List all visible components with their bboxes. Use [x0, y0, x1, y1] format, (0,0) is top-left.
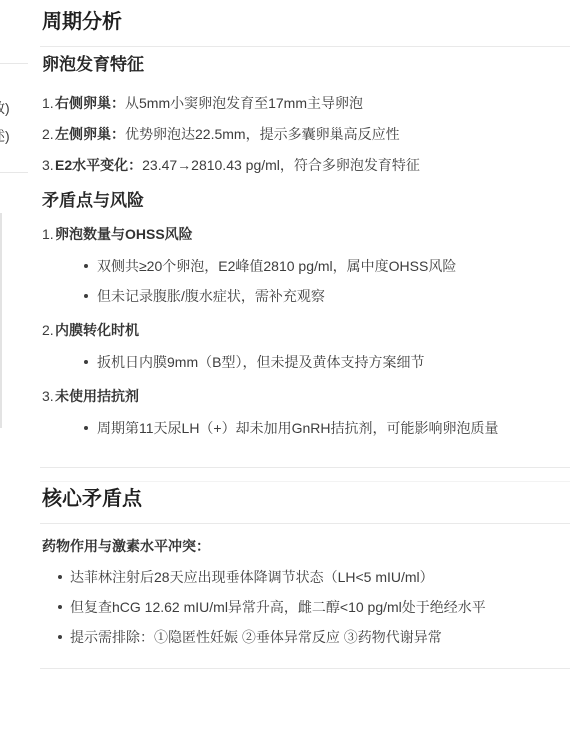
list-item: 1. 卵泡数量与OHSS风险 双侧共≥20个卵泡，E2峰值2810 pg/ml，… — [40, 219, 570, 314]
bullet-text: 但未记录腹胀/腹水症状，需补充观察 — [97, 281, 325, 311]
core-lead-text: 药物作用与激素水平冲突： — [40, 535, 570, 557]
core-section-title: 核心矛盾点 — [40, 486, 570, 524]
section-heading-follicle: 卵泡发育特征 — [40, 52, 570, 78]
section-divider-faint — [40, 481, 570, 482]
bottom-divider — [40, 668, 570, 669]
list-rest: 23.47→2810.43 pg/ml，符合多卵泡发育特征 — [142, 157, 420, 173]
list-bold: 内膜转化时机 — [55, 322, 139, 338]
list-item: 3. 未使用拮抗剂 周期第11天尿LH（+）却未加用GnRH拮抗剂，可能影响卵泡… — [40, 381, 570, 446]
list-text: 左侧卵巢：优势卵泡达22.5mm，提示多囊卵巢高反应性 — [55, 119, 400, 149]
left-text-fragment-2: 述) — [0, 128, 10, 144]
list-content: 内膜转化时机 扳机日内膜9mm（B型），但未提及黄体支持方案细节 — [55, 315, 570, 380]
section-heading-risk: 矛盾点与风险 — [40, 188, 570, 214]
sub-bullet-list: 扳机日内膜9mm（B型），但未提及黄体支持方案细节 — [55, 347, 570, 377]
list-number: 1. — [42, 219, 55, 314]
bullet-text: 但复查hCG 12.62 mIU/ml异常升高，雌二醇<10 pg/ml处于绝经… — [70, 592, 486, 622]
list-content: 未使用拮抗剂 周期第11天尿LH（+）却未加用GnRH拮抗剂，可能影响卵泡质量 — [55, 381, 570, 446]
core-bullet-list: 达菲林注射后28天应出现垂体降调节状态（LH<5 mIU/ml） 但复查hCG … — [40, 562, 570, 652]
bullet-dot-icon — [58, 605, 62, 609]
list-number: 2. — [42, 119, 55, 149]
bullet-item: 周期第11天尿LH（+）却未加用GnRH拮抗剂，可能影响卵泡质量 — [55, 413, 570, 443]
sub-bullet-list: 双侧共≥20个卵泡，E2峰值2810 pg/ml，属中度OHSS风险 但未记录腹… — [55, 251, 570, 311]
bullet-text: 达菲林注射后28天应出现垂体降调节状态（LH<5 mIU/ml） — [70, 562, 434, 592]
list-rest: 优势卵泡达22.5mm，提示多囊卵巢高反应性 — [125, 126, 400, 142]
bullet-item: 提示需排除：①隐匿性妊娠 ②垂体异常反应 ③药物代谢异常 — [40, 622, 570, 652]
list-bold: 卵泡数量与OHSS风险 — [55, 226, 193, 242]
list-title: 内膜转化时机 — [55, 315, 570, 345]
left-divider-top — [0, 63, 28, 64]
bullet-item: 但复查hCG 12.62 mIU/ml异常升高，雌二醇<10 pg/ml处于绝经… — [40, 592, 570, 622]
bullet-text: 周期第11天尿LH（+）却未加用GnRH拮抗剂，可能影响卵泡质量 — [97, 413, 499, 443]
bullet-dot-icon — [84, 294, 88, 298]
sub-bullet-list: 周期第11天尿LH（+）却未加用GnRH拮抗剂，可能影响卵泡质量 — [55, 413, 570, 443]
bullet-item: 达菲林注射后28天应出现垂体降调节状态（LH<5 mIU/ml） — [40, 562, 570, 592]
left-divider-bottom — [0, 172, 28, 173]
bullet-dot-icon — [58, 575, 62, 579]
bullet-text: 提示需排除：①隐匿性妊娠 ②垂体异常反应 ③药物代谢异常 — [70, 622, 442, 652]
list-text: 右侧卵巢：从5mm小窦卵泡发育至17mm主导卵泡 — [55, 88, 363, 118]
risk-list: 1. 卵泡数量与OHSS风险 双侧共≥20个卵泡，E2峰值2810 pg/ml，… — [40, 219, 570, 446]
list-title: 未使用拮抗剂 — [55, 381, 570, 411]
bullet-text: 双侧共≥20个卵泡，E2峰值2810 pg/ml，属中度OHSS风险 — [97, 251, 456, 281]
section-divider — [40, 467, 570, 468]
follicle-list: 1. 右侧卵巢：从5mm小窦卵泡发育至17mm主导卵泡 2. 左侧卵巢：优势卵泡… — [40, 88, 570, 180]
list-number: 1. — [42, 88, 55, 118]
list-title: 卵泡数量与OHSS风险 — [55, 219, 570, 249]
left-vertical-border — [0, 213, 2, 428]
list-item: 3. E2水平变化：23.47→2810.43 pg/ml，符合多卵泡发育特征 — [40, 150, 570, 180]
list-number: 3. — [42, 381, 55, 446]
bullet-dot-icon — [58, 635, 62, 639]
page: { "left_fragments": { "line1": "数)", "li… — [0, 0, 570, 745]
list-bold: E2水平变化： — [55, 157, 142, 173]
list-item: 2. 左侧卵巢：优势卵泡达22.5mm，提示多囊卵巢高反应性 — [40, 119, 570, 149]
list-rest: 从5mm小窦卵泡发育至17mm主导卵泡 — [125, 95, 363, 111]
left-text-fragment-1: 数) — [0, 100, 10, 116]
list-item: 1. 右侧卵巢：从5mm小窦卵泡发育至17mm主导卵泡 — [40, 88, 570, 118]
list-bold: 左侧卵巢： — [55, 126, 125, 142]
bullet-text: 扳机日内膜9mm（B型），但未提及黄体支持方案细节 — [97, 347, 424, 377]
bullet-dot-icon — [84, 264, 88, 268]
list-item: 2. 内膜转化时机 扳机日内膜9mm（B型），但未提及黄体支持方案细节 — [40, 315, 570, 380]
list-bold: 右侧卵巢： — [55, 95, 125, 111]
bullet-item: 扳机日内膜9mm（B型），但未提及黄体支持方案细节 — [55, 347, 570, 377]
bullet-item: 但未记录腹胀/腹水症状，需补充观察 — [55, 281, 570, 311]
list-text: E2水平变化：23.47→2810.43 pg/ml，符合多卵泡发育特征 — [55, 150, 420, 180]
list-number: 2. — [42, 315, 55, 380]
list-number: 3. — [42, 150, 55, 180]
list-content: 卵泡数量与OHSS风险 双侧共≥20个卵泡，E2峰值2810 pg/ml，属中度… — [55, 219, 570, 314]
bullet-dot-icon — [84, 360, 88, 364]
list-bold: 未使用拮抗剂 — [55, 388, 139, 404]
bullet-item: 双侧共≥20个卵泡，E2峰值2810 pg/ml，属中度OHSS风险 — [55, 251, 570, 281]
bullet-dot-icon — [84, 426, 88, 430]
page-title: 周期分析 — [40, 9, 570, 47]
